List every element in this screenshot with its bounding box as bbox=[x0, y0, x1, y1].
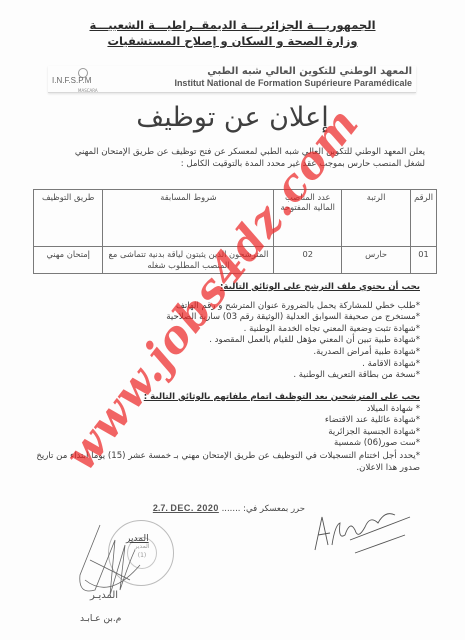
list-item: *شهادة الجنسية الجزائرية bbox=[30, 427, 420, 439]
list-item: *شهادة تثبت وضعية المعني تجاه الخدمة الو… bbox=[30, 324, 420, 336]
cell-positions: 02 bbox=[274, 247, 342, 274]
job-announcement-page: الجمهوريـــة الجزائريـــة الديمقــراطيــ… bbox=[0, 0, 465, 640]
col-method: طريق التوظيف bbox=[34, 190, 103, 247]
col-conditions: شروط المسابقة bbox=[103, 190, 274, 247]
institute-logo-text: I.N.F.S.P.M bbox=[52, 76, 91, 85]
cell-number: 01 bbox=[411, 247, 437, 274]
list-item: *مستخرج من صحيفة السوابق العدلية (الوثيق… bbox=[30, 312, 420, 324]
issued-date-stamp: 2.7. DEC. 2020 bbox=[153, 503, 219, 513]
required-documents-heading: يجب أن يحتوي ملف الترشح على الوثائق التا… bbox=[30, 282, 420, 294]
list-item: *شهادة طبية أمراض الصدرية. bbox=[30, 347, 420, 359]
cell-method: إمتحان مهني bbox=[34, 247, 103, 274]
list-item: * شهادة الميلاد bbox=[30, 404, 420, 416]
positions-table: الرقم الرتبة عدد المناصب المالية المفتوح… bbox=[33, 189, 437, 274]
list-item: *طلب خطي للمشاركة يحمل بالضرورة عنوان ال… bbox=[30, 301, 420, 313]
list-item: *شهادة عائلية عند الاقتضاء bbox=[30, 415, 420, 427]
cell-conditions: المترشحون الذين يثبتون لياقة بدنية تتماش… bbox=[103, 247, 274, 274]
institute-banner: المعهد الوطني للتكوين العالي شبه الطبي I… bbox=[48, 66, 416, 93]
signer-name: م.بن عـابـد bbox=[80, 614, 121, 624]
required-documents-list: *طلب خطي للمشاركة يحمل بالضرورة عنوان ال… bbox=[30, 301, 420, 382]
post-recruitment-heading: يجب على المترشحين بعد التوظيف اتمام ملفا… bbox=[30, 392, 420, 404]
institute-logo-subtext: MASCARA bbox=[78, 88, 98, 93]
list-item: *نسخة من بطاقة التعريف الوطنية . bbox=[30, 370, 420, 382]
table-header-row: الرقم الرتبة عدد المناصب المالية المفتوح… bbox=[34, 190, 437, 247]
intro-paragraph: يعلن المعهد الوطني للتكوين العالي شبه ال… bbox=[65, 146, 425, 170]
secondary-signature-icon bbox=[310, 505, 420, 555]
announcement-title: إعلان عن توظيف bbox=[0, 102, 465, 133]
republic-heading: الجمهوريـــة الجزائريـــة الديمقــراطيــ… bbox=[0, 18, 465, 32]
institute-french-name: Institut National de Formation Supérieur… bbox=[174, 78, 412, 88]
col-positions: عدد المناصب المالية المفتوحة bbox=[274, 190, 342, 247]
col-number: الرقم bbox=[411, 190, 437, 247]
table-row: 01 حارس 02 المترشحون الذين يثبتون لياقة … bbox=[34, 247, 437, 274]
institute-arabic-name: المعهد الوطني للتكوين العالي شبه الطبي bbox=[207, 66, 412, 77]
issued-at-label: حرر بمعسكر في: ....... bbox=[222, 504, 305, 514]
list-item: *شهادة الاقامة . bbox=[30, 359, 420, 371]
list-item: *شهادة طبية تبين أن المعني مؤهل للقيام ب… bbox=[30, 335, 420, 347]
col-rank: الرتبة bbox=[342, 190, 411, 247]
ministry-heading: وزارة الصحة و السكان و إصلاح المستشفيات bbox=[0, 34, 465, 48]
list-item: *ست صور(06) شمسية bbox=[30, 438, 420, 450]
cell-rank: حارس bbox=[342, 247, 411, 274]
signer-title: المديـر bbox=[90, 590, 118, 601]
deadline-note: *يحدد أجل اختتام التسجيلات في التوظيف عن… bbox=[30, 451, 420, 474]
required-documents-section: يجب أن يحتوي ملف الترشح على الوثائق التا… bbox=[30, 282, 420, 382]
post-recruitment-section: يجب على المترشحين بعد التوظيف اتمام ملفا… bbox=[30, 392, 420, 474]
issued-date-line: حرر بمعسكر في: ....... 2.7. DEC. 2020 bbox=[153, 503, 305, 514]
post-recruitment-list: * شهادة الميلاد *شهادة عائلية عند الاقتض… bbox=[30, 404, 420, 450]
